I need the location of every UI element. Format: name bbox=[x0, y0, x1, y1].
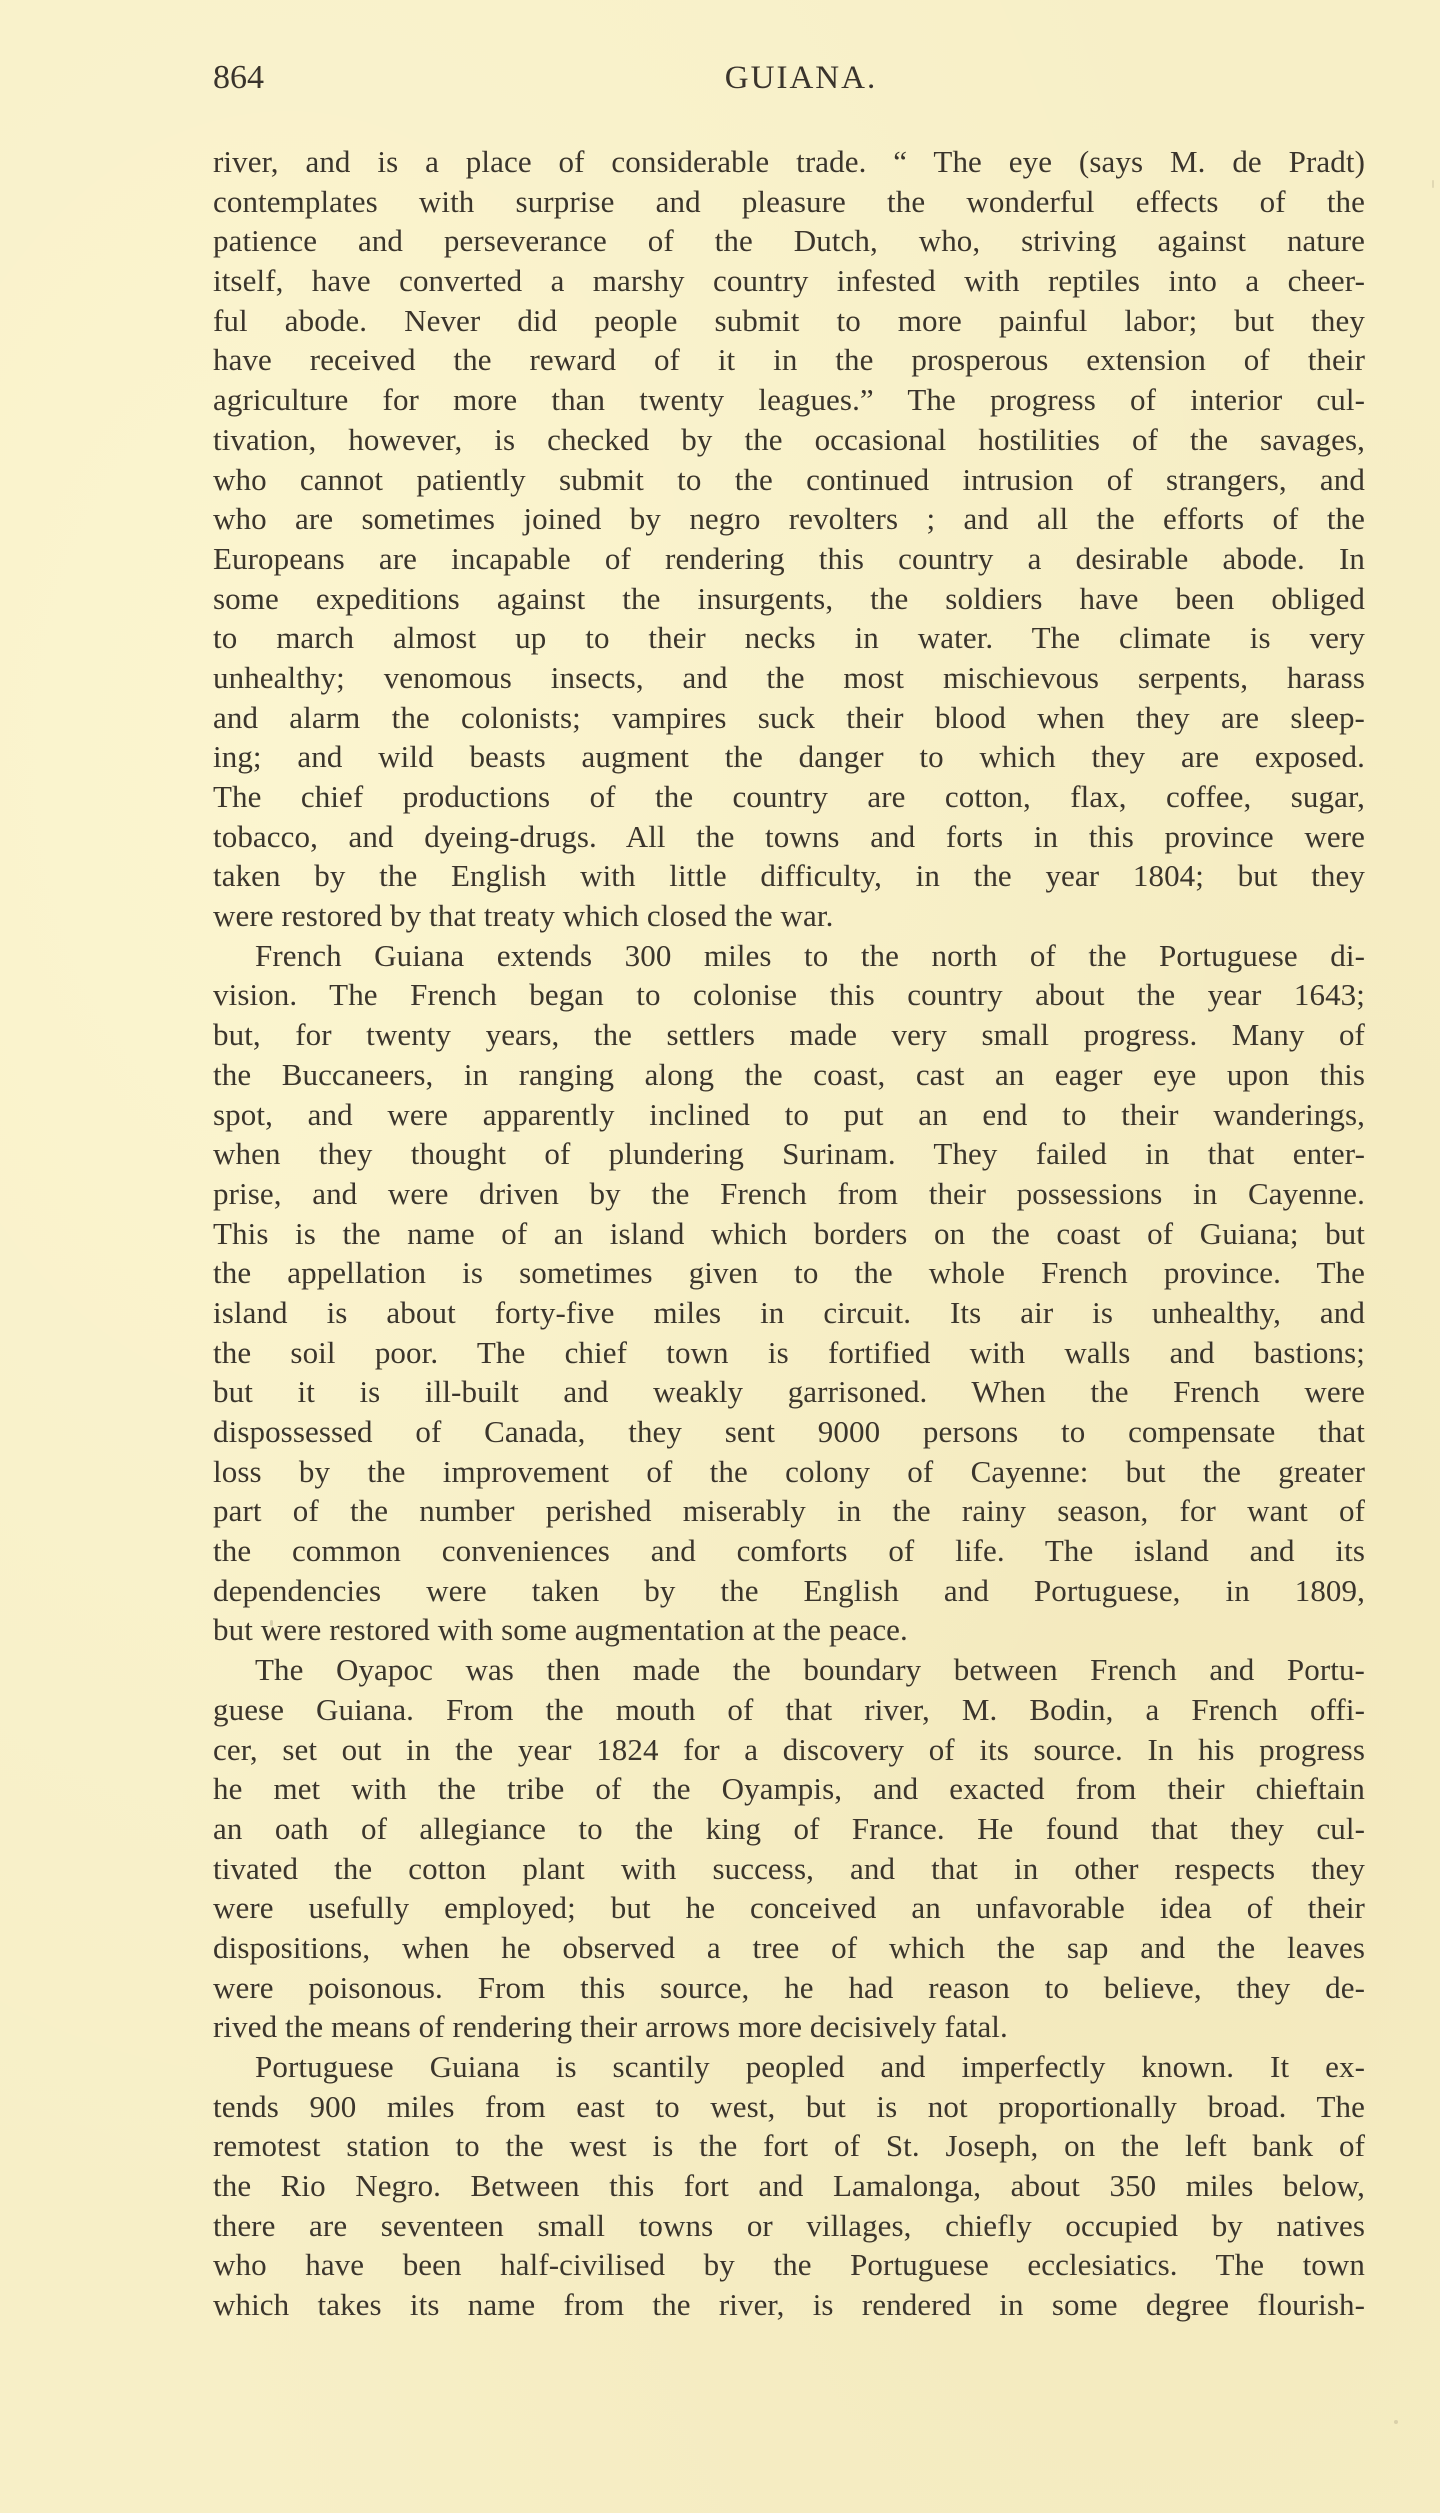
text-line: agriculture for more than twenty leagues… bbox=[213, 380, 1365, 420]
text-line: were poisonous. From this source, he had… bbox=[213, 1968, 1365, 2008]
text-line: patience and perseverance of the Dutch, … bbox=[213, 221, 1365, 261]
paper-speck bbox=[1432, 180, 1434, 188]
text-line: dispositions, when he observed a tree of… bbox=[213, 1928, 1365, 1968]
text-line: tivation, however, is checked by the occ… bbox=[213, 420, 1365, 460]
text-line: some expeditions against the insurgents,… bbox=[213, 579, 1365, 619]
text-line: spot, and were apparently inclined to pu… bbox=[213, 1095, 1365, 1135]
text-line: the soil poor. The chief town is fortifi… bbox=[213, 1333, 1365, 1373]
book-page: 864 GUIANA. river, and is a place of con… bbox=[0, 0, 1440, 2513]
text-line: The Oyapoc was then made the boundary be… bbox=[213, 1650, 1365, 1690]
text-line: remotest station to the west is the fort… bbox=[213, 2126, 1365, 2166]
text-line: an oath of allegiance to the king of Fra… bbox=[213, 1809, 1365, 1849]
text-line: the Buccaneers, in ranging along the coa… bbox=[213, 1055, 1365, 1095]
text-line: he met with the tribe of the Oyampis, an… bbox=[213, 1769, 1365, 1809]
text-line: contemplates with surprise and pleasure … bbox=[213, 182, 1365, 222]
text-line: island is about forty-five miles in circ… bbox=[213, 1293, 1365, 1333]
text-line: itself, have converted a marshy country … bbox=[213, 261, 1365, 301]
text-line: were restored by that treaty which close… bbox=[213, 896, 1365, 936]
text-line: the common conveniences and comforts of … bbox=[213, 1531, 1365, 1571]
text-line: taken by the English with little difficu… bbox=[213, 856, 1365, 896]
paragraph: river, and is a place of considerable tr… bbox=[213, 142, 1365, 936]
paragraph: The Oyapoc was then made the boundary be… bbox=[213, 1650, 1365, 2047]
text-line: guese Guiana. From the mouth of that riv… bbox=[213, 1690, 1365, 1730]
text-line: who cannot patiently submit to the conti… bbox=[213, 460, 1365, 500]
text-line: part of the number perished miserably in… bbox=[213, 1491, 1365, 1531]
text-line: dispossessed of Canada, they sent 9000 p… bbox=[213, 1412, 1365, 1452]
text-line: prise, and were driven by the French fro… bbox=[213, 1174, 1365, 1214]
text-line: tends 900 miles from east to west, but i… bbox=[213, 2087, 1365, 2127]
text-line: who are sometimes joined by negro revolt… bbox=[213, 499, 1365, 539]
text-line: who have been half-civilised by the Port… bbox=[213, 2245, 1365, 2285]
text-line: but it is ill-built and weakly garrisone… bbox=[213, 1372, 1365, 1412]
text-line: and alarm the colonists; vampires suck t… bbox=[213, 698, 1365, 738]
paper-speck bbox=[270, 1620, 273, 1626]
paper-speck bbox=[1394, 2420, 1398, 2424]
text-line: dependencies were taken by the English a… bbox=[213, 1571, 1365, 1611]
paragraph: French Guiana extends 300 miles to the n… bbox=[213, 936, 1365, 1650]
running-title: GUIANA. bbox=[213, 58, 1365, 98]
text-line: unhealthy; venomous insects, and the mos… bbox=[213, 658, 1365, 698]
paragraph: Portuguese Guiana is scantily peopled an… bbox=[213, 2047, 1365, 2325]
body-text: river, and is a place of considerable tr… bbox=[213, 142, 1365, 2325]
text-line: the Rio Negro. Between this fort and Lam… bbox=[213, 2166, 1365, 2206]
text-line: loss by the improvement of the colony of… bbox=[213, 1452, 1365, 1492]
text-line: tivated the cotton plant with success, a… bbox=[213, 1849, 1365, 1889]
text-line: river, and is a place of considerable tr… bbox=[213, 142, 1365, 182]
text-line: This is the name of an island which bord… bbox=[213, 1214, 1365, 1254]
text-line: cer, set out in the year 1824 for a disc… bbox=[213, 1730, 1365, 1770]
text-line: ful abode. Never did people submit to mo… bbox=[213, 301, 1365, 341]
text-line: The chief productions of the country are… bbox=[213, 777, 1365, 817]
text-line: ing; and wild beasts augment the danger … bbox=[213, 737, 1365, 777]
text-line: there are seventeen small towns or villa… bbox=[213, 2206, 1365, 2246]
running-head: 864 GUIANA. bbox=[213, 58, 1365, 98]
text-line: vision. The French began to colonise thi… bbox=[213, 975, 1365, 1015]
text-line: have received the reward of it in the pr… bbox=[213, 340, 1365, 380]
text-line: French Guiana extends 300 miles to the n… bbox=[213, 936, 1365, 976]
text-line: when they thought of plundering Surinam.… bbox=[213, 1134, 1365, 1174]
text-line: which takes its name from the river, is … bbox=[213, 2285, 1365, 2325]
text-line: but were restored with some augmentation… bbox=[213, 1610, 1365, 1650]
text-line: the appellation is sometimes given to th… bbox=[213, 1253, 1365, 1293]
text-line: Europeans are incapable of rendering thi… bbox=[213, 539, 1365, 579]
text-line: Portuguese Guiana is scantily peopled an… bbox=[213, 2047, 1365, 2087]
text-line: rived the means of rendering their arrow… bbox=[213, 2007, 1365, 2047]
text-line: tobacco, and dyeing-drugs. All the towns… bbox=[213, 817, 1365, 857]
text-line: to march almost up to their necks in wat… bbox=[213, 618, 1365, 658]
text-line: were usefully employed; but he conceived… bbox=[213, 1888, 1365, 1928]
text-line: but, for twenty years, the settlers made… bbox=[213, 1015, 1365, 1055]
